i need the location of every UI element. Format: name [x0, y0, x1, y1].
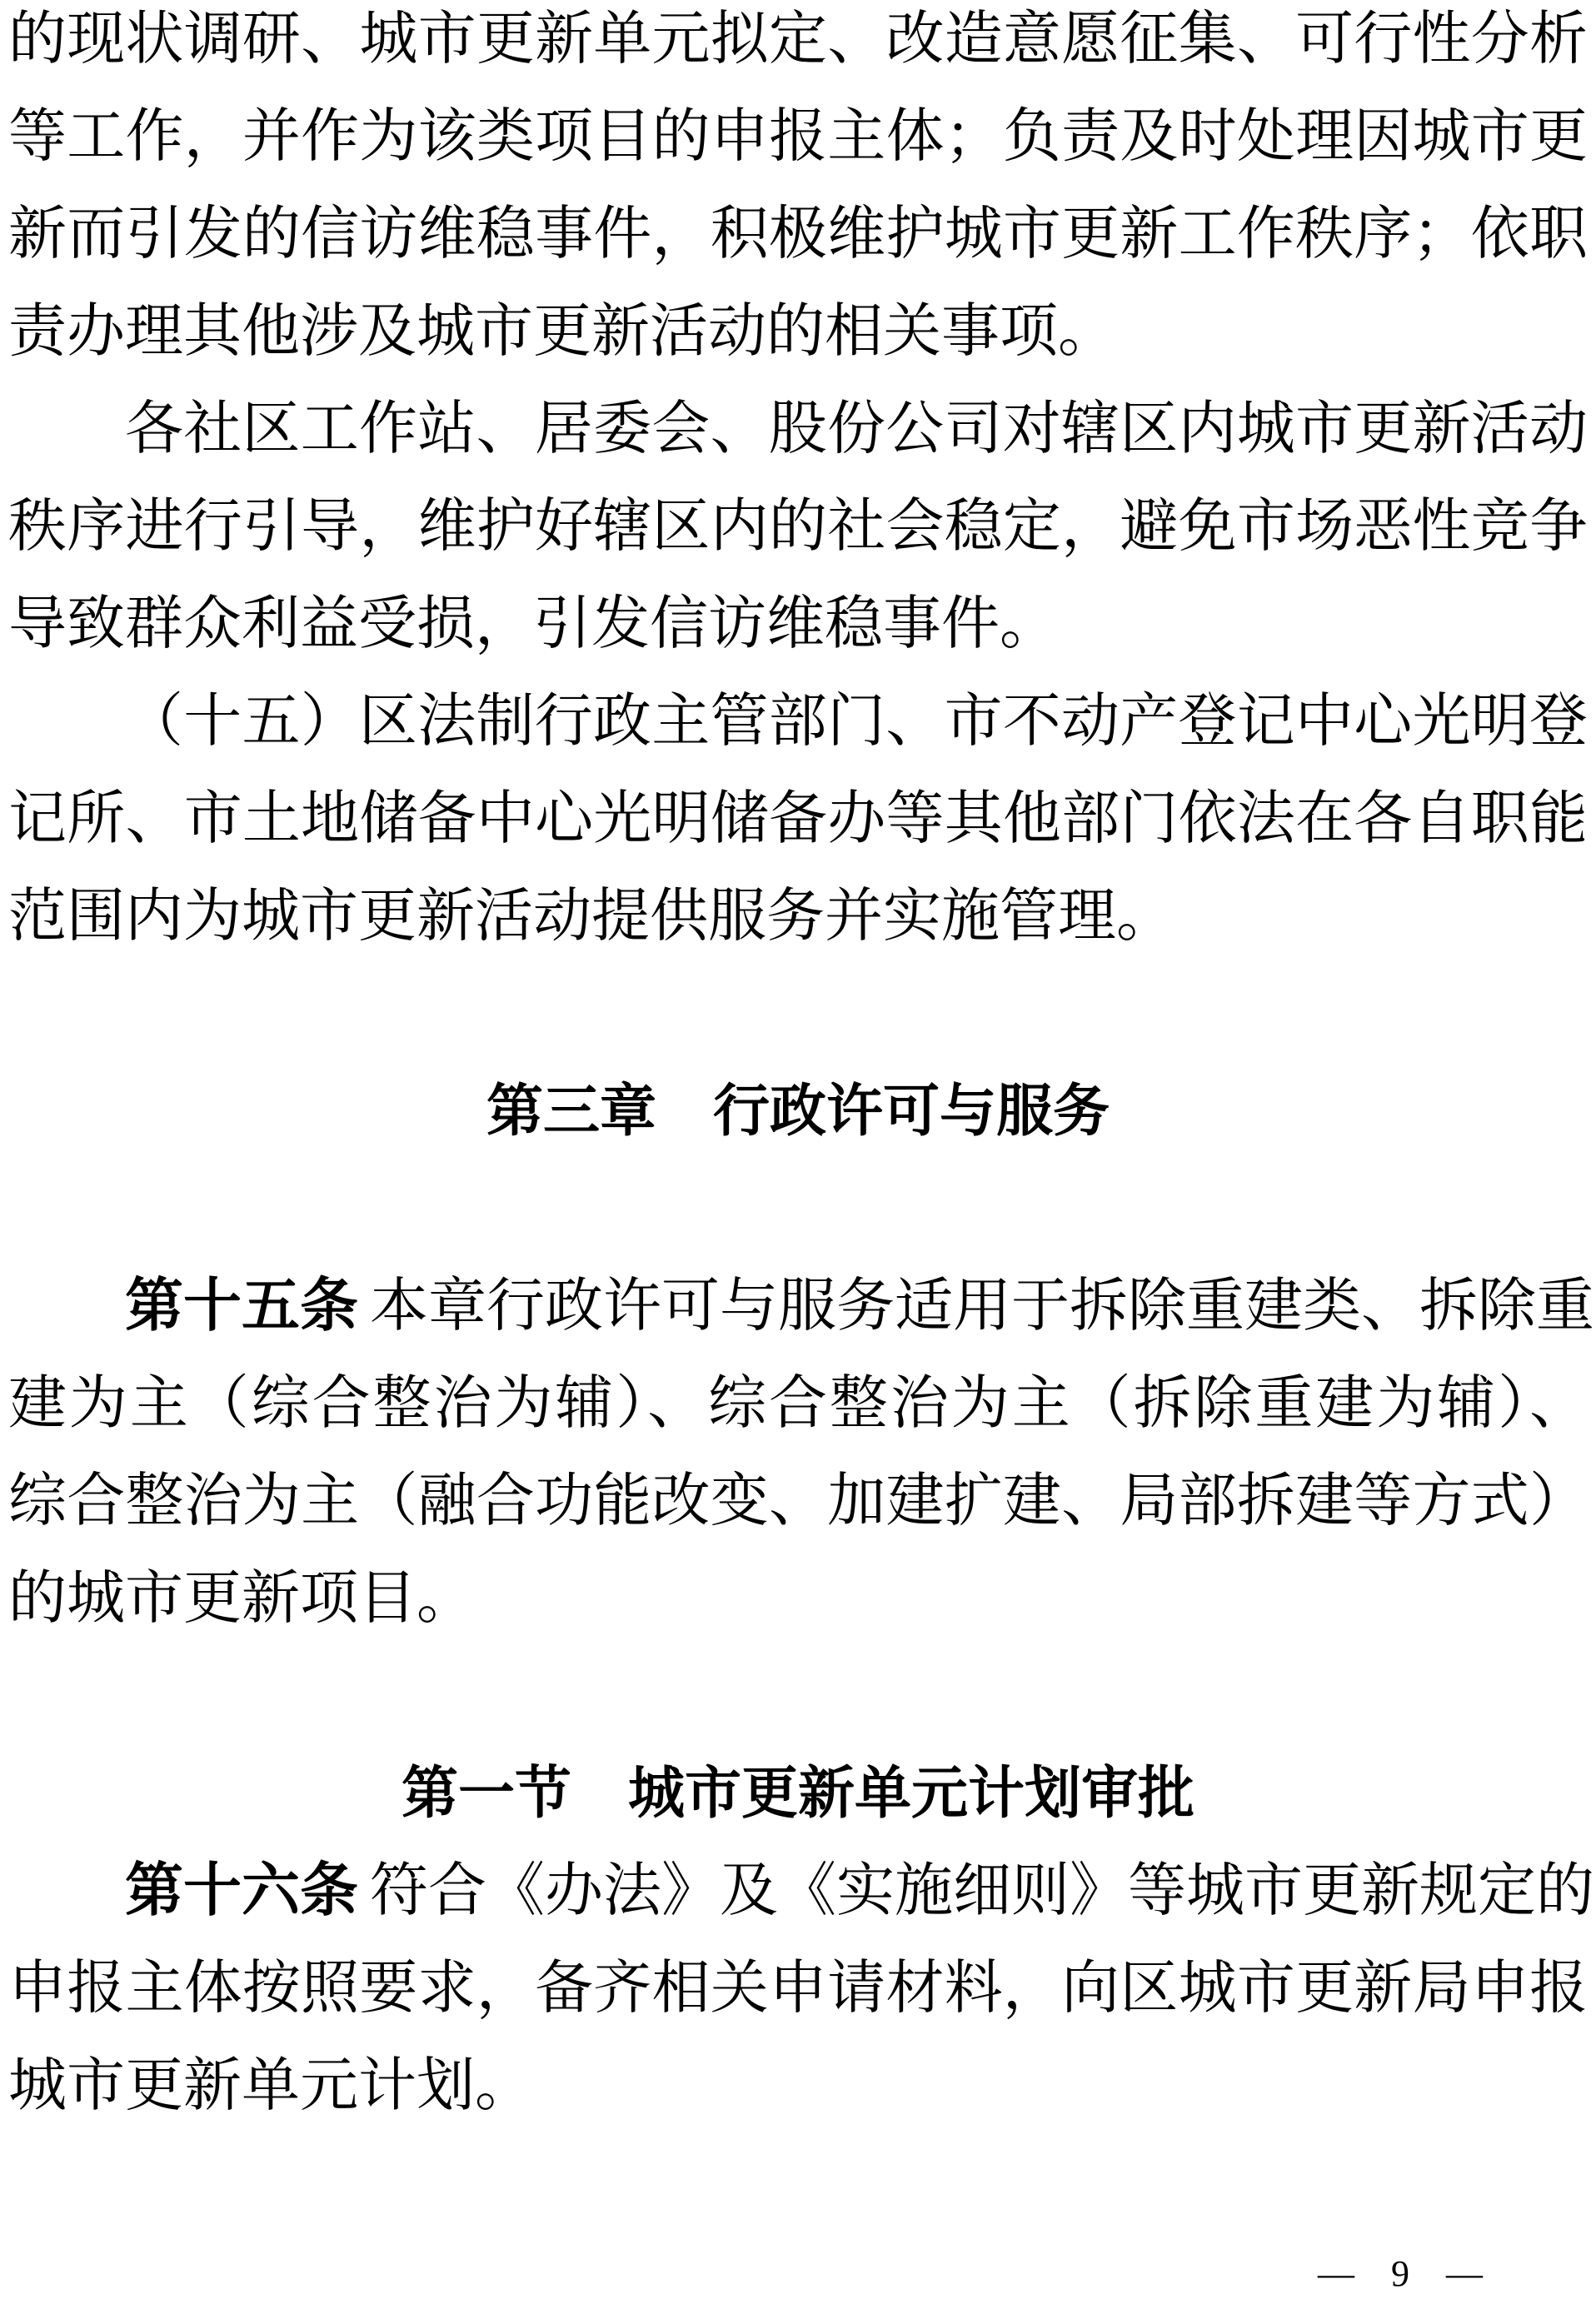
article-number: 第十五条	[125, 1274, 358, 1339]
text-line: 第十五条本章行政许可与服务适用于拆除重建类、拆除重	[8, 1258, 1588, 1355]
spacer	[8, 1160, 1588, 1258]
text-line: 申报主体按照要求，备齐相关申请材料，向区城市更新局申报	[8, 1940, 1588, 2037]
text-line: 的城市更新项目。	[8, 1550, 1588, 1648]
article-text: 本章行政许可与服务适用于拆除重建类、拆除重	[370, 1274, 1594, 1339]
text-line: 建为主（综合整治为辅）、综合整治为主（拆除重建为辅）、	[8, 1355, 1588, 1453]
document-page: 的现状调研、城市更新单元拟定、改造意愿征集、可行性分析 等工作，并作为该类项目的…	[8, 0, 1588, 2135]
spacer	[8, 1648, 1588, 1745]
text-line: 责办理其他涉及城市更新活动的相关事项。	[8, 283, 1588, 381]
spacer	[8, 965, 1588, 1063]
text-line: 新而引发的信访维稳事件，积极维护城市更新工作秩序；依职	[8, 186, 1588, 283]
text-line: 各社区工作站、居委会、股份公司对辖区内城市更新活动	[8, 381, 1588, 478]
text-line: 导致群众利益受损，引发信访维稳事件。	[8, 576, 1588, 673]
text-line: （十五）区法制行政主管部门、市不动产登记中心光明登	[8, 673, 1588, 771]
text-line: 的现状调研、城市更新单元拟定、改造意愿征集、可行性分析	[8, 0, 1588, 88]
text-line: 第十六条符合《办法》及《实施细则》等城市更新规定的	[8, 1843, 1588, 1940]
page-number: — 9 —	[1318, 2251, 1483, 2297]
text-line: 范围内为城市更新活动提供服务并实施管理。	[8, 868, 1588, 965]
text-line: 记所、市土地储备中心光明储备办等其他部门依法在各自职能	[8, 771, 1588, 868]
section-heading: 第一节 城市更新单元计划审批	[8, 1745, 1588, 1843]
article-text: 符合《办法》及《实施细则》等城市更新规定的	[370, 1859, 1594, 1923]
article-number: 第十六条	[125, 1859, 358, 1923]
text-line: 秩序进行引导，维护好辖区内的社会稳定，避免市场恶性竞争	[8, 478, 1588, 576]
text-line: 综合整治为主（融合功能改变、加建扩建、局部拆建等方式）	[8, 1453, 1588, 1550]
text-line: 城市更新单元计划。	[8, 2037, 1588, 2135]
text-line: 等工作，并作为该类项目的申报主体；负责及时处理因城市更	[8, 88, 1588, 186]
chapter-heading: 第三章 行政许可与服务	[8, 1063, 1588, 1160]
